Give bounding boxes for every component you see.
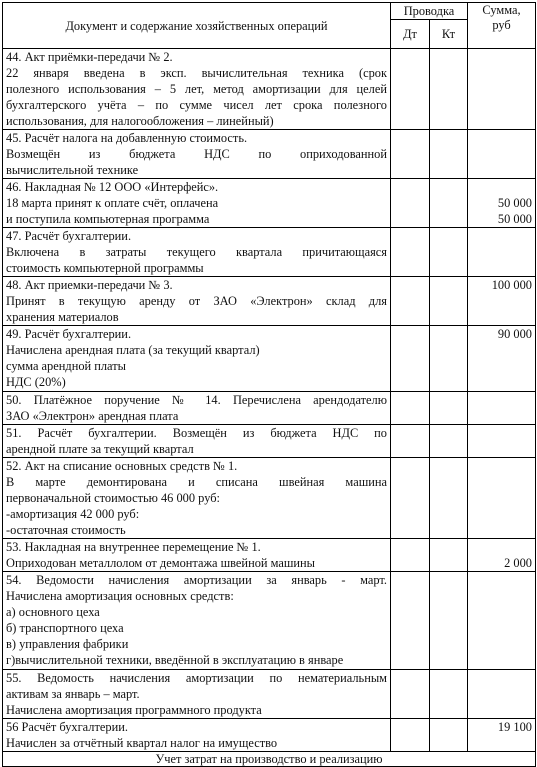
section-footer: Учет затрат на производство и реализацию [3, 752, 536, 760]
operation-description: 46. Накладная № 12 ООО «Интерфейс».18 ма… [3, 179, 391, 228]
amount-value: 90 000 [471, 326, 532, 342]
credit-cell[interactable] [430, 719, 468, 752]
table-row: 47. Расчёт бухгалтерии.Включена в затрат… [3, 228, 536, 277]
amount-cell[interactable]: 19 100 [468, 719, 536, 752]
description-line: 45. Расчёт налога на добавленную стоимос… [6, 130, 387, 146]
operation-description: 49. Расчёт бухгалтерии.Начислена арендна… [3, 326, 391, 392]
amount-value: 19 100 [471, 719, 532, 735]
description-line: 46. Накладная № 12 ООО «Интерфейс». [6, 179, 387, 195]
description-line: вычислительной технике [6, 162, 387, 178]
description-line: 55. Ведомость начисления амортизации по … [6, 670, 387, 686]
operation-description: 44. Акт приёмки-передачи № 2.22 января в… [3, 49, 391, 130]
amount-value: 50 000 [471, 211, 532, 227]
credit-cell[interactable] [430, 49, 468, 130]
description-line: 53. Накладная на внутреннее перемещение … [6, 539, 387, 555]
description-line: г)вычислительной техники, введённой в эк… [6, 652, 387, 668]
credit-cell[interactable] [430, 670, 468, 719]
header-provodka: Проводка [391, 3, 468, 20]
description-line: Включена в затраты текущего квартала при… [6, 244, 387, 260]
table-row: 52. Акт на списание основных средств № 1… [3, 458, 536, 539]
amount-cell[interactable] [468, 572, 536, 670]
amount-cell[interactable] [468, 228, 536, 277]
debit-cell[interactable] [391, 458, 430, 539]
description-line: полезного использования – 5 лет, метод а… [6, 81, 387, 97]
credit-cell[interactable] [430, 179, 468, 228]
operation-description: 55. Ведомость начисления амортизации по … [3, 670, 391, 719]
amount-value: 100 000 [471, 277, 532, 293]
amount-cell[interactable]: 100 000 [468, 277, 536, 326]
description-line: Возмещён из бюджета НДС по оприходованно… [6, 146, 387, 162]
description-line: Начислена арендная плата (за текущий ква… [6, 342, 387, 358]
description-line: а) основного цеха [6, 604, 387, 620]
description-line: ЗАО «Электрон» арендная плата [6, 408, 387, 424]
amount-cell[interactable] [468, 670, 536, 719]
table-row: 56 Расчёт бухгалтерии.Начислен за отчётн… [3, 719, 536, 752]
header-credit: Кт [430, 20, 468, 49]
operation-description: 54. Ведомости начисления амортизации за … [3, 572, 391, 670]
debit-cell[interactable] [391, 425, 430, 458]
amount-cell[interactable] [468, 392, 536, 425]
credit-cell[interactable] [430, 228, 468, 277]
debit-cell[interactable] [391, 572, 430, 670]
credit-cell[interactable] [430, 392, 468, 425]
amount-cell[interactable] [468, 130, 536, 179]
debit-cell[interactable] [391, 326, 430, 392]
description-line: использования, для налогообложения – лин… [6, 113, 387, 129]
operation-description: 52. Акт на списание основных средств № 1… [3, 458, 391, 539]
operation-description: 47. Расчёт бухгалтерии.Включена в затрат… [3, 228, 391, 277]
operation-description: 51. Расчёт бухгалтерии. Возмещён из бюдж… [3, 425, 391, 458]
table-row: 53. Накладная на внутреннее перемещение … [3, 539, 536, 572]
table-row: 49. Расчёт бухгалтерии.Начислена арендна… [3, 326, 536, 392]
description-line: 18 марта принят к оплате счёт, оплачена [6, 195, 387, 211]
table-row: 50. Платёжное поручение № 14. Перечислен… [3, 392, 536, 425]
credit-cell[interactable] [430, 458, 468, 539]
description-line: Принят в текущую аренду от ЗАО «Электрон… [6, 293, 387, 309]
header-sum-line1: Сумма, [482, 3, 520, 17]
header-document: Документ и содержание хозяйственных опер… [3, 3, 391, 49]
table-row: 51. Расчёт бухгалтерии. Возмещён из бюдж… [3, 425, 536, 458]
description-line: 56 Расчёт бухгалтерии. [6, 719, 387, 735]
ledger-container: Документ и содержание хозяйственных опер… [2, 2, 536, 759]
amount-cell[interactable]: 2 000 [468, 539, 536, 572]
description-line: 48. Акт приемки-передачи № 3. [6, 277, 387, 293]
debit-cell[interactable] [391, 130, 430, 179]
description-line: Начислена амортизация основных средств: [6, 588, 387, 604]
operation-description: 53. Накладная на внутреннее перемещение … [3, 539, 391, 572]
debit-cell[interactable] [391, 719, 430, 752]
operation-description: 56 Расчёт бухгалтерии.Начислен за отчётн… [3, 719, 391, 752]
description-line: 49. Расчёт бухгалтерии. [6, 326, 387, 342]
description-line: хранения материалов [6, 309, 387, 325]
debit-cell[interactable] [391, 670, 430, 719]
amount-value: 2 000 [471, 555, 532, 571]
credit-cell[interactable] [430, 539, 468, 572]
table-row: 48. Акт приемки-передачи № 3.Принят в те… [3, 277, 536, 326]
description-line: -остаточная стоимость [6, 522, 387, 538]
credit-cell[interactable] [430, 572, 468, 670]
description-line: стоимость компьютерной программы [6, 260, 387, 276]
credit-cell[interactable] [430, 425, 468, 458]
description-line: Начислен за отчётный квартал налог на им… [6, 735, 387, 751]
debit-cell[interactable] [391, 49, 430, 130]
description-line: 51. Расчёт бухгалтерии. Возмещён из бюдж… [6, 425, 387, 441]
operation-description: 45. Расчёт налога на добавленную стоимос… [3, 130, 391, 179]
debit-cell[interactable] [391, 539, 430, 572]
description-line: арендной плате за текущий квартал [6, 441, 387, 457]
header-sum-line2: руб [492, 18, 510, 32]
credit-cell[interactable] [430, 277, 468, 326]
description-line: 22 января введена в эксп. вычислительная… [6, 65, 387, 81]
description-line: первоначальной стоимостью 46 000 руб: [6, 490, 387, 506]
description-line: 52. Акт на списание основных средств № 1… [6, 458, 387, 474]
description-line: НДС (20%) [6, 374, 387, 390]
description-line: сумма арендной платы [6, 358, 387, 374]
debit-cell[interactable] [391, 179, 430, 228]
description-line: бухгалтерского учёта – по сумме чисел ле… [6, 97, 387, 113]
debit-cell[interactable] [391, 277, 430, 326]
credit-cell[interactable] [430, 326, 468, 392]
operation-description: 48. Акт приемки-передачи № 3.Принят в те… [3, 277, 391, 326]
header-debit: Дт [391, 20, 430, 49]
amount-cell[interactable] [468, 425, 536, 458]
credit-cell[interactable] [430, 130, 468, 179]
description-line: -амортизация 42 000 руб: [6, 506, 387, 522]
amount-cell[interactable] [468, 49, 536, 130]
header-sum: Сумма, руб [468, 3, 536, 49]
amount-value: 50 000 [471, 195, 532, 211]
table-row: 45. Расчёт налога на добавленную стоимос… [3, 130, 536, 179]
description-line: В марте демонтирована и списана швейная … [6, 474, 387, 490]
description-line: активам за январь – март. [6, 686, 387, 702]
amount-cell[interactable]: 50 00050 000 [468, 179, 536, 228]
description-line: 50. Платёжное поручение № 14. Перечислен… [6, 392, 387, 408]
description-line: 54. Ведомости начисления амортизации за … [6, 572, 387, 588]
description-line: Оприходован металлолом от демонтажа швей… [6, 555, 387, 571]
description-line: и поступила компьютерная программа [6, 211, 387, 227]
description-line: 44. Акт приёмки-передачи № 2. [6, 49, 387, 65]
journal-table: Документ и содержание хозяйственных опер… [2, 2, 536, 759]
operation-description: 50. Платёжное поручение № 14. Перечислен… [3, 392, 391, 425]
table-row: 44. Акт приёмки-передачи № 2.22 января в… [3, 49, 536, 130]
description-line: б) транспортного цеха [6, 620, 387, 636]
table-row: 46. Накладная № 12 ООО «Интерфейс».18 ма… [3, 179, 536, 228]
table-body: 44. Акт приёмки-передачи № 2.22 января в… [3, 49, 536, 752]
table-row: 55. Ведомость начисления амортизации по … [3, 670, 536, 719]
description-line: в) управления фабрики [6, 636, 387, 652]
description-line: Начислена амортизация программного проду… [6, 702, 387, 718]
debit-cell[interactable] [391, 228, 430, 277]
amount-cell[interactable] [468, 458, 536, 539]
debit-cell[interactable] [391, 392, 430, 425]
amount-cell[interactable]: 90 000 [468, 326, 536, 392]
description-line: 47. Расчёт бухгалтерии. [6, 228, 387, 244]
table-row: 54. Ведомости начисления амортизации за … [3, 572, 536, 670]
